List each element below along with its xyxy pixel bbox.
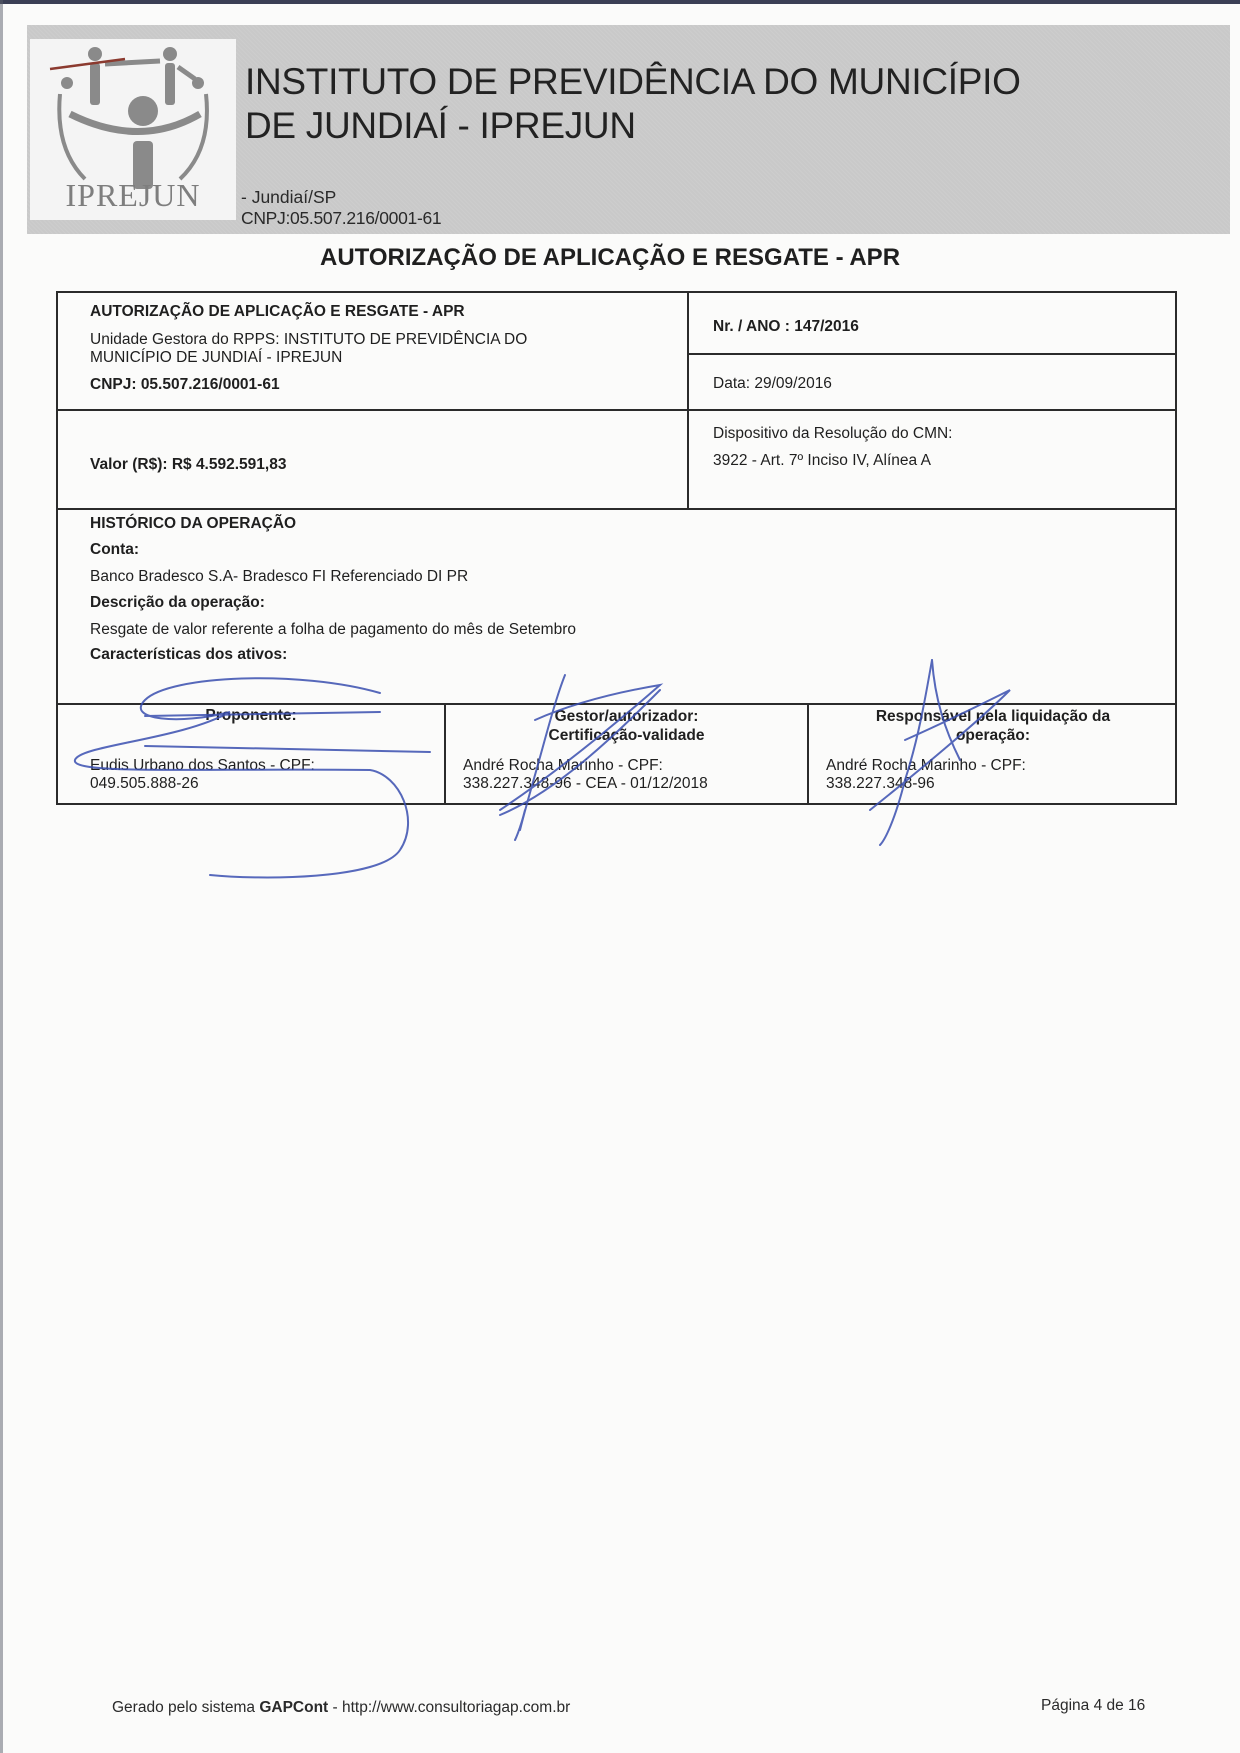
account-value: Banco Bradesco S.A- Bradesco FI Referenc… xyxy=(90,568,468,586)
divider-vertical-top xyxy=(687,293,689,510)
description-value: Resgate de valor referente a folha de pa… xyxy=(90,621,576,639)
history-title: HISTÓRICO DA OPERAÇÃO xyxy=(90,515,296,533)
footer-system-name: GAPCont xyxy=(259,1699,328,1716)
divider-nr-date xyxy=(687,353,1177,355)
logo: IPREJUN xyxy=(30,39,236,220)
people-circle-logo-icon xyxy=(30,39,236,189)
description-label: Descrição da operação: xyxy=(90,594,265,612)
divider-row3 xyxy=(58,703,1177,705)
number-year: Nr. / ANO : 147/2016 xyxy=(713,318,859,336)
proponent-cpf: 049.505.888-26 xyxy=(90,775,199,793)
footer-url[interactable]: - http://www.consultoriagap.com.br xyxy=(328,1699,570,1716)
liquidation-role-line2: operação: xyxy=(809,727,1177,745)
liquidation-name: André Rocha Marinho - CPF: xyxy=(826,757,1026,775)
account-label: Conta: xyxy=(90,541,139,559)
proponent-name: Eudis Urbano dos Santos - CPF: xyxy=(90,757,315,775)
institution-name-line2: DE JUNDIAÍ - IPREJUN xyxy=(245,104,1021,148)
footer-generated-by: Gerado pelo sistema GAPCont - http://www… xyxy=(112,1699,570,1717)
apr-form: AUTORIZAÇÃO DE APLICAÇÃO E RESGATE - APR… xyxy=(56,291,1177,805)
manager-cpf: 338.227.348-96 - CEA - 01/12/2018 xyxy=(463,775,708,793)
footer-prefix: Gerado pelo sistema xyxy=(112,1699,259,1716)
divider-row1 xyxy=(58,409,1177,411)
unit-line1: Unidade Gestora do RPPS: INSTITUTO DE PR… xyxy=(90,331,527,349)
unit-cnpj: CNPJ: 05.507.216/0001-61 xyxy=(90,376,280,394)
institution-city: - Jundiaí/SP xyxy=(241,187,336,208)
cmn-label: Dispositivo da Resolução do CMN: xyxy=(713,425,953,443)
scan-edge-left xyxy=(0,0,3,1753)
value: Valor (R$): R$ 4.592.591,83 xyxy=(90,456,286,474)
divider-row2 xyxy=(58,508,1177,510)
logo-text: IPREJUN xyxy=(30,177,236,214)
institution-cnpj: CNPJ:05.507.216/0001-61 xyxy=(241,208,441,229)
document-title: AUTORIZAÇÃO DE APLICAÇÃO E RESGATE - APR xyxy=(320,244,900,272)
institution-name: INSTITUTO DE PREVIDÊNCIA DO MUNICÍPIO DE… xyxy=(245,60,1021,148)
liquidation-cpf: 338.227.348-96 xyxy=(826,775,935,793)
page-number: Página 4 de 16 xyxy=(1041,1697,1145,1715)
manager-certification: Certificação-validade xyxy=(446,727,807,745)
section-title: AUTORIZAÇÃO DE APLICAÇÃO E RESGATE - APR xyxy=(90,303,465,321)
assets-label: Características dos ativos: xyxy=(90,646,287,664)
proponent-role: Proponente: xyxy=(58,707,444,725)
unit-line2: MUNICÍPIO DE JUNDIAÍ - IPREJUN xyxy=(90,349,342,367)
liquidation-role: Responsável pela liquidação da xyxy=(809,708,1177,726)
institution-name-line1: INSTITUTO DE PREVIDÊNCIA DO MUNICÍPIO xyxy=(245,60,1021,104)
manager-role: Gestor/autorizador: xyxy=(446,708,807,726)
date: Data: 29/09/2016 xyxy=(713,375,832,393)
scan-edge-top xyxy=(0,0,1240,4)
cmn-value: 3922 - Art. 7º Inciso IV, Alínea A xyxy=(713,452,931,470)
manager-name: André Rocha Marinho - CPF: xyxy=(463,757,663,775)
